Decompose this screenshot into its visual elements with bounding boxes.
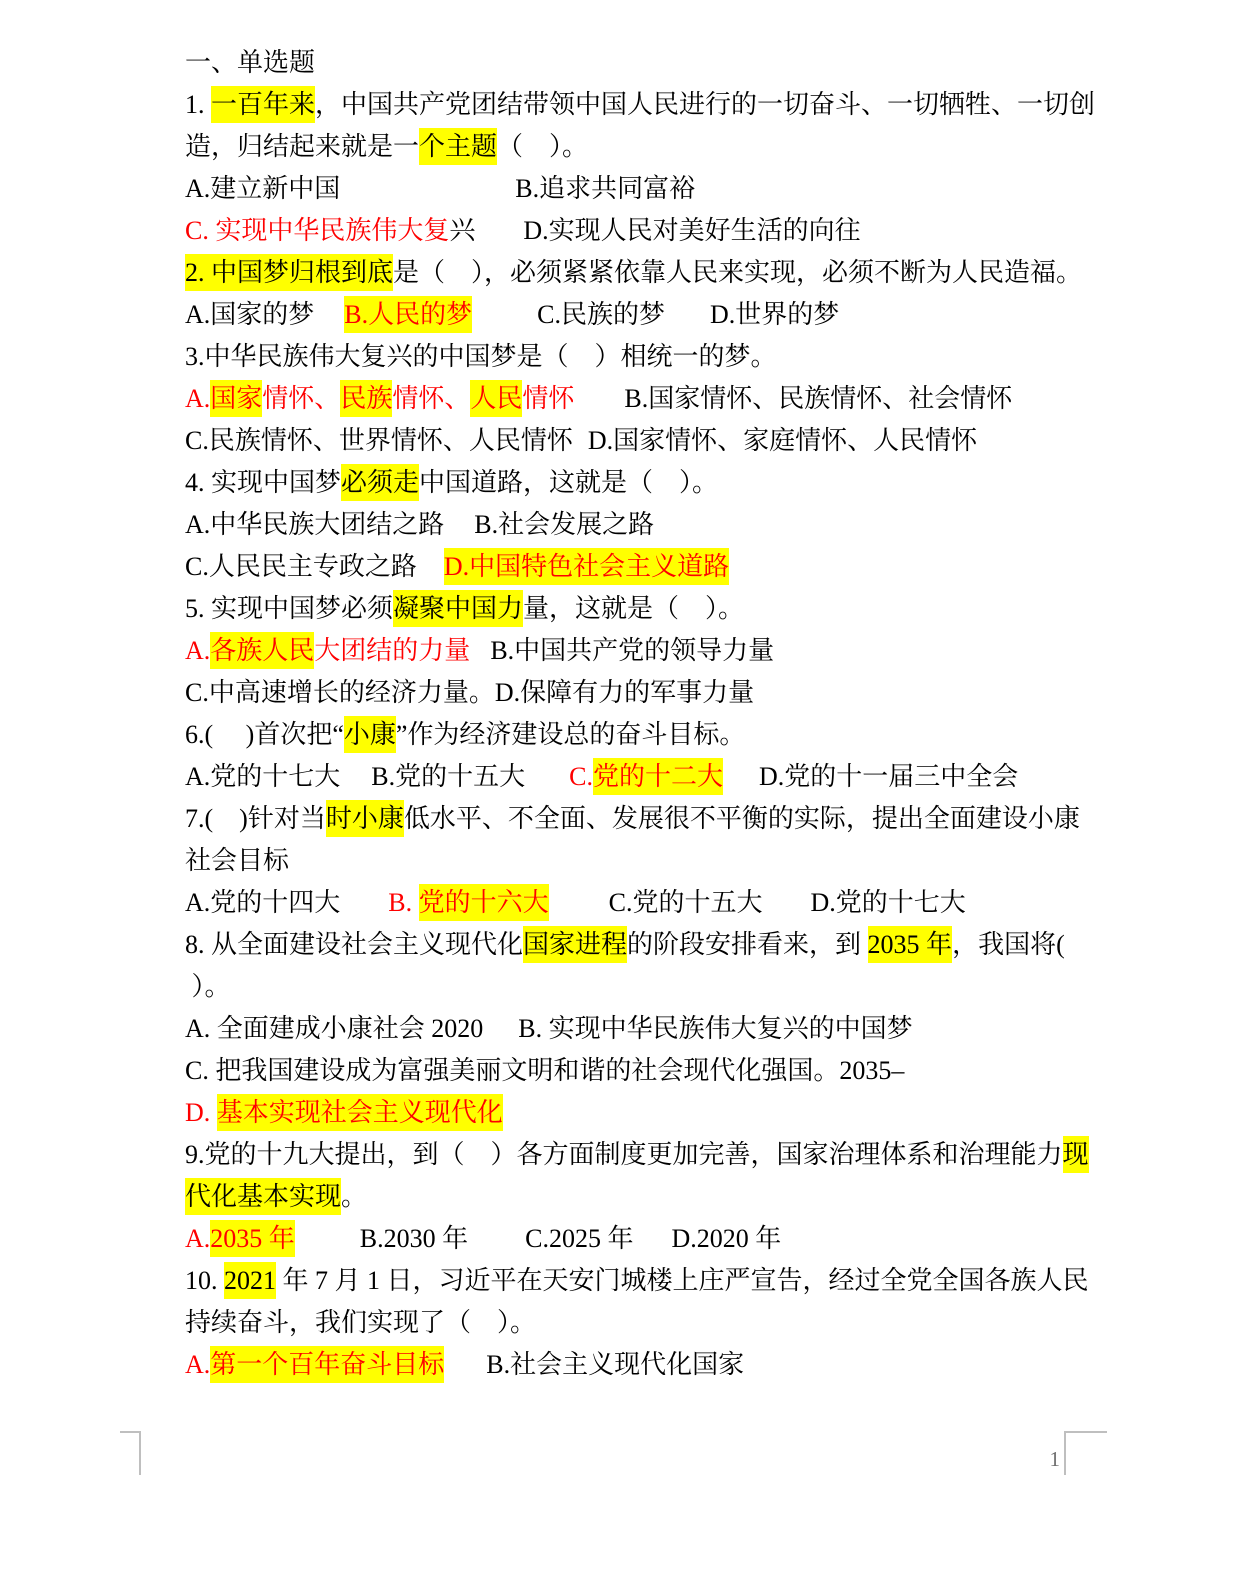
highlight-run: 代化基本实现 (185, 1178, 341, 1215)
text-run: A.中华民族大团结之路 (185, 510, 444, 539)
highlight-run: 时小康 (326, 800, 404, 837)
column-gap (574, 406, 624, 407)
text-line: 5. 实现中国梦必须凝聚中国力量，这就是（ ）。 (185, 588, 1090, 630)
text-run: 社会目标 (185, 846, 289, 875)
text-run: D.党的十七大 (810, 888, 965, 917)
answer-red-highlight-run: 党的十二大 (593, 758, 723, 795)
page-number: 1 (1036, 1447, 1060, 1471)
text-run: 量，这就是（ ）。 (523, 594, 744, 623)
text-run: 7.( )针对当 (185, 804, 326, 833)
text-line: A.国家情怀、民族情怀、人民情怀B.国家情怀、民族情怀、社会情怀 (185, 378, 1090, 420)
text-run: 兴 (449, 216, 475, 245)
column-gap (470, 658, 490, 659)
highlight-run: 国家进程 (523, 926, 627, 963)
text-line: C.中高速增长的经济力量。D.保障有力的军事力量 (185, 672, 1090, 714)
text-run: C.党的十五大 (609, 888, 763, 917)
section-title: 一、单选题 (185, 42, 1090, 84)
column-gap (314, 322, 344, 323)
answer-red-run: 情怀、 (392, 384, 470, 413)
text-run: B.2030 年 (360, 1224, 468, 1253)
text-run: ，中国共产党团结带领中国人民进行的一切奋斗、一切牺牲、一切创 (315, 90, 1095, 119)
answer-red-highlight-run: 第一个百年奋斗目标 (210, 1346, 444, 1383)
column-gap (762, 910, 810, 911)
answer-red-run: A. (185, 384, 210, 413)
column-gap (468, 1246, 525, 1247)
column-gap (525, 784, 569, 785)
text-run: ”作为经济建设总的奋斗目标。 (396, 720, 746, 749)
text-run: 是（ ），必须紧紧依靠人民来实现，必须不断为人民造福。 (393, 258, 1082, 287)
text-line: 1. 一百年来，中国共产党团结带领中国人民进行的一切奋斗、一切牺牲、一切创 (185, 84, 1090, 126)
text-line: 7.( )针对当时小康低水平、不全面、发展很不平衡的实际，提出全面建设小康 (185, 798, 1090, 840)
text-run: 的阶段安排看来，到 (627, 930, 868, 959)
text-run: 4. 实现中国梦 (185, 468, 341, 497)
text-run: B.社会主义现代化国家 (486, 1350, 744, 1379)
answer-red-run: 情怀、 (262, 384, 340, 413)
text-run: C.中高速增长的经济力量。D.保障有力的军事力量 (185, 678, 754, 707)
answer-red-run: C. 实现中华民族伟大复 (185, 216, 449, 245)
text-run: C.民族的梦 (537, 300, 665, 329)
column-gap (475, 238, 523, 239)
column-gap (295, 1246, 360, 1247)
text-run: 9.党的十九大提出，到（ ）各方面制度更加完善，国家治理体系和治理能力 (185, 1140, 1063, 1169)
text-line: A.党的十七大B.党的十五大C.党的十二大D.党的十一届三中全会 (185, 756, 1090, 798)
text-line: C. 实现中华民族伟大复兴D.实现人民对美好生活的向往 (185, 210, 1090, 252)
answer-red-highlight-run: 2035 年 (210, 1220, 295, 1257)
text-run: 8. 从全面建设社会主义现代化 (185, 930, 523, 959)
text-run: 持续奋斗，我们实现了（ ）。 (185, 1308, 536, 1337)
column-gap (340, 910, 388, 911)
text-run: 年 7 月 1 日，习近平在天安门城楼上庄严宣告，经过全党全国各族人民 (276, 1266, 1089, 1295)
text-line: 4. 实现中国梦必须走中国道路，这就是（ ）。 (185, 462, 1090, 504)
highlight-run: 个主题 (419, 128, 497, 165)
text-run: C.2025 年 (525, 1224, 633, 1253)
text-run: 5. 实现中国梦必须 (185, 594, 393, 623)
text-run: ，我国将( (952, 930, 1065, 959)
column-gap (633, 1246, 671, 1247)
text-line: A.各族人民大团结的力量B.中国共产党的领导力量 (185, 630, 1090, 672)
text-run: 6.( )首次把“ (185, 720, 344, 749)
text-run: D.2020 年 (671, 1224, 781, 1253)
text-run: 中国道路，这就是（ ）。 (419, 468, 718, 497)
margin-crop-mark-left-vertical (139, 1431, 141, 1475)
answer-red-highlight-run: 党的十六大 (419, 884, 549, 921)
highlight-run: 2. 中国梦归根到底 (185, 254, 393, 291)
text-run: C. 把我国建设成为富强美丽文明和谐的社会现代化强国。2035– (185, 1056, 904, 1085)
text-run: （ ）。 (497, 132, 588, 161)
text-run: B.追求共同富裕 (515, 174, 695, 203)
text-line: D. 基本实现社会主义现代化 (185, 1092, 1090, 1134)
text-line: 2. 中国梦归根到底是（ ），必须紧紧依靠人民来实现，必须不断为人民造福。 (185, 252, 1090, 294)
text-line: A. 全面建成小康社会 2020B. 实现中华民族伟大复兴的中国梦 (185, 1008, 1090, 1050)
text-run: B.党的十五大 (371, 762, 525, 791)
text-run: B.国家情怀、民族情怀、社会情怀 (624, 384, 1012, 413)
answer-red-run: D. (185, 1098, 217, 1127)
answer-red-highlight-run: 各族人民 (210, 632, 314, 669)
answer-red-highlight-run: 人民 (470, 380, 522, 417)
text-run: D.党的十一届三中全会 (759, 762, 1018, 791)
text-run: A.国家的梦 (185, 300, 314, 329)
document-page: 一、单选题1. 一百年来，中国共产党团结带领中国人民进行的一切奋斗、一切牺牲、一… (0, 0, 1253, 1573)
answer-red-run: A. (185, 1224, 210, 1253)
answer-red-run: A. (185, 1350, 210, 1379)
text-line: 持续奋斗，我们实现了（ ）。 (185, 1302, 1090, 1344)
text-line: A.党的十四大B. 党的十六大C.党的十五大D.党的十七大 (185, 882, 1090, 924)
answer-red-highlight-run: 民族 (340, 380, 392, 417)
text-line: 3.中华民族伟大复兴的中国梦是（ ）相统一的梦。 (185, 336, 1090, 378)
highlight-run: 2021 (224, 1262, 276, 1299)
text-line: 社会目标 (185, 840, 1090, 882)
answer-red-run: C. (569, 762, 593, 791)
highlight-run: 一百年来 (211, 86, 315, 123)
text-run: C.民族情怀、世界情怀、人民情怀 (185, 426, 573, 455)
answer-red-highlight-run: 国家 (210, 380, 262, 417)
column-gap (665, 322, 710, 323)
text-line: A.国家的梦B.人民的梦C.民族的梦D.世界的梦 (185, 294, 1090, 336)
text-run: D.实现人民对美好生活的向往 (523, 216, 860, 245)
highlight-run: 2035 年 (868, 926, 953, 963)
text-run: 一、单选题 (185, 48, 315, 77)
text-run: 造，归结起来就是一 (185, 132, 419, 161)
text-run: B.社会发展之路 (474, 510, 654, 539)
text-run: 。 (341, 1182, 367, 1211)
margin-crop-mark-left-horizontal (120, 1431, 141, 1433)
highlight-run: 必须走 (341, 464, 419, 501)
column-gap (573, 448, 588, 449)
column-gap (723, 784, 759, 785)
column-gap (340, 196, 515, 197)
text-line: 6.( )首次把“小康”作为经济建设总的奋斗目标。 (185, 714, 1090, 756)
column-gap (483, 1036, 518, 1037)
column-gap (417, 574, 444, 575)
text-line: A.中华民族大团结之路B.社会发展之路 (185, 504, 1090, 546)
text-line: 造，归结起来就是一个主题（ ）。 (185, 126, 1090, 168)
margin-crop-mark-right-horizontal (1064, 1431, 1107, 1433)
column-gap (444, 1372, 486, 1373)
column-gap (472, 322, 537, 323)
text-line: C.人民民主专政之路D.中国特色社会主义道路 (185, 546, 1090, 588)
highlight-run: 小康 (344, 716, 396, 753)
text-run: 10. (185, 1266, 224, 1295)
column-gap (340, 784, 371, 785)
text-run: A. 全面建成小康社会 2020 (185, 1014, 483, 1043)
highlight-run: 现 (1063, 1136, 1089, 1173)
text-run: B.中国共产党的领导力量 (490, 636, 774, 665)
text-line: 9.党的十九大提出，到（ ）各方面制度更加完善，国家治理体系和治理能力现 (185, 1134, 1090, 1176)
text-run: A.党的十七大 (185, 762, 340, 791)
answer-red-run: B. (388, 888, 418, 917)
highlight-run: 凝聚中国力 (393, 590, 523, 627)
text-line: A.建立新中国B.追求共同富裕 (185, 168, 1090, 210)
margin-crop-mark-right-vertical (1064, 1431, 1066, 1475)
text-line: ）。 (185, 966, 1090, 1008)
text-run: C.人民民主专政之路 (185, 552, 417, 581)
text-run: D.国家情怀、家庭情怀、人民情怀 (588, 426, 977, 455)
text-run: ）。 (185, 972, 231, 1001)
answer-red-run: 情怀 (522, 384, 574, 413)
text-line: 代化基本实现。 (185, 1176, 1090, 1218)
text-run: 1. (185, 90, 211, 119)
answer-red-run: A. (185, 636, 210, 665)
text-run: 低水平、不全面、发展很不平衡的实际，提出全面建设小康 (404, 804, 1080, 833)
text-line: C. 把我国建设成为富强美丽文明和谐的社会现代化强国。2035– (185, 1050, 1090, 1092)
answer-red-highlight-run: 基本实现社会主义现代化 (217, 1094, 503, 1131)
answer-red-highlight-run: B.人民的梦 (344, 296, 472, 333)
document-text-area[interactable]: 一、单选题1. 一百年来，中国共产党团结带领中国人民进行的一切奋斗、一切牺牲、一… (185, 42, 1090, 1386)
text-line: 8. 从全面建设社会主义现代化国家进程的阶段安排看来，到 2035 年，我国将( (185, 924, 1090, 966)
answer-red-run: 大团结的力量 (314, 636, 470, 665)
text-run: 3.中华民族伟大复兴的中国梦是（ ）相统一的梦。 (185, 342, 777, 371)
text-line: A.第一个百年奋斗目标B.社会主义现代化国家 (185, 1344, 1090, 1386)
answer-red-highlight-run: D.中国特色社会主义道路 (444, 548, 729, 585)
text-line: C.民族情怀、世界情怀、人民情怀D.国家情怀、家庭情怀、人民情怀 (185, 420, 1090, 462)
text-run: A.建立新中国 (185, 174, 340, 203)
column-gap (444, 532, 474, 533)
text-line: A.2035 年B.2030 年C.2025 年D.2020 年 (185, 1218, 1090, 1260)
text-run: A.党的十四大 (185, 888, 340, 917)
column-gap (549, 910, 609, 911)
text-line: 10. 2021 年 7 月 1 日，习近平在天安门城楼上庄严宣告，经过全党全国… (185, 1260, 1090, 1302)
text-run: B. 实现中华民族伟大复兴的中国梦 (518, 1014, 912, 1043)
text-run: D.世界的梦 (710, 300, 839, 329)
